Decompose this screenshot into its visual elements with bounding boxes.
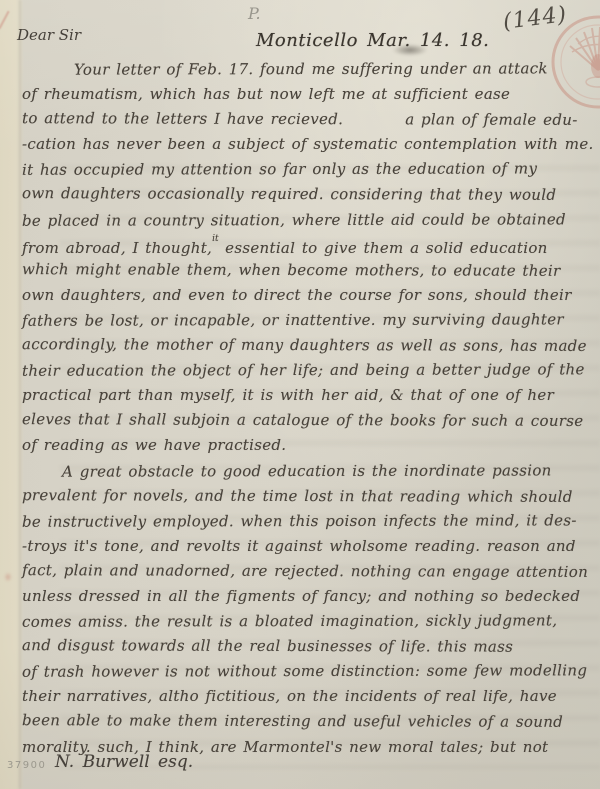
handwritten-line: prevalent for novels, and the time lost … <box>22 483 588 510</box>
letter-greeting: Dear Sir <box>17 26 81 44</box>
handwritten-line: own daughters, and even to direct the co… <box>22 283 588 308</box>
handwritten-line: their narratives, altho fictitious, on t… <box>22 684 588 709</box>
handwritten-line: it has occupied my attention so far only… <box>22 157 588 184</box>
handwritten-line: fathers be lost, or incapable, or inatte… <box>22 307 588 334</box>
line-fragment: to attend to the letters I have recieved… <box>22 109 343 128</box>
catalog-number-stamp: 37900 <box>7 760 46 771</box>
handwritten-line: accordingly, the mother of many daughter… <box>22 332 588 359</box>
pencil-annotation: P. <box>248 4 261 23</box>
caret-insertion: it <box>212 234 219 244</box>
pink-corner-mark <box>0 11 10 30</box>
handwritten-line: eleves that I shall subjoin a catalogue … <box>22 407 588 434</box>
addressee-line: N. Burwell esq. <box>55 752 193 772</box>
handwritten-line: fact, plain and unadorned, are rejected.… <box>22 558 588 585</box>
handwritten-line: own daughters occasionally required. con… <box>22 182 588 209</box>
handwritten-line: unless dressed in all the figments of fa… <box>22 584 588 609</box>
handwritten-line: of rheumatism, which has but now left me… <box>22 82 588 107</box>
handwritten-line: A great obstacle to good education is th… <box>22 458 588 485</box>
line-fragment: a plan of female edu- <box>405 111 577 130</box>
handwritten-line: to attend to the letters I have recieved… <box>22 106 588 133</box>
handwritten-line: their education the object of her life; … <box>22 357 588 384</box>
handwritten-line: been able to make them interesting and u… <box>22 709 588 736</box>
handwritten-line: Your letter of Feb. 17. found me sufferi… <box>22 56 588 83</box>
line-fragment: essential to give them a solid education <box>219 239 548 257</box>
letter-dateline: Monticello Mar. 14. 18. <box>256 30 489 51</box>
scanned-letter-page: P. (144) Dear Sir Monticello Mar. 14. 18… <box>0 0 600 789</box>
handwritten-line: -cation has never been a subject of syst… <box>22 132 588 157</box>
handwritten-line: of trash however is not without some dis… <box>22 659 588 686</box>
handwritten-line: comes amiss. the result is a bloated ima… <box>22 608 588 635</box>
pink-margin-mark <box>4 572 12 582</box>
handwritten-line: from abroad, I thought,it essential to g… <box>22 233 588 258</box>
letter-body: Your letter of Feb. 17. found me sufferi… <box>22 57 588 760</box>
handwritten-line: which might enable them, when become mot… <box>22 257 588 284</box>
handwritten-line: be instructively employed. when this poi… <box>22 508 588 535</box>
line-fragment: from abroad, I thought, <box>22 239 212 257</box>
handwritten-line: be placed in a country situation, where … <box>22 207 588 234</box>
handwritten-line: practical part than myself, it is with h… <box>22 383 588 408</box>
page-edge-crease <box>19 0 21 789</box>
handwritten-line: of reading as we have practised. <box>22 433 588 458</box>
handwritten-line: and disgust towards all the real busines… <box>22 633 588 660</box>
handwritten-line: -troys it's tone, and revolts it against… <box>22 534 588 559</box>
